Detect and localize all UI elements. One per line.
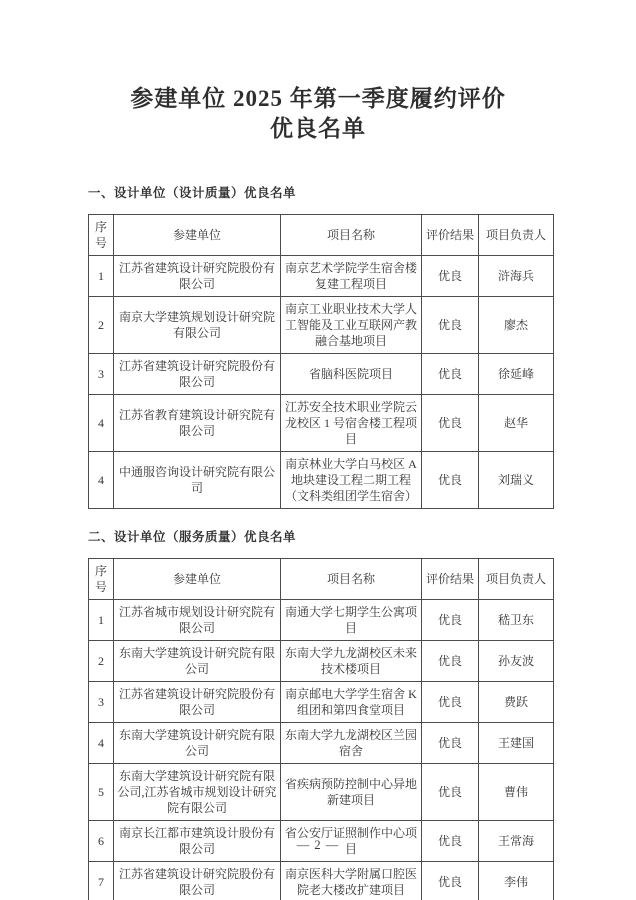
table-row: 1江苏省建筑设计研究院股份有限公司南京艺术学院学生宿舍楼复建工程项目优良浒海兵 [89, 256, 554, 297]
page-number: — 2 — [0, 838, 636, 853]
cell-index: 7 [89, 862, 114, 900]
page-title-line2: 优良名单 [83, 114, 553, 144]
cell-result: 优良 [422, 641, 479, 682]
cell-index: 3 [89, 682, 114, 723]
cell-result: 优良 [422, 600, 479, 641]
column-header: 项目名称 [281, 559, 422, 600]
cell-result: 优良 [422, 452, 479, 509]
cell-project: 东南大学九龙湖校区兰园宿舍 [281, 723, 422, 764]
cell-person: 赵华 [479, 395, 554, 452]
cell-person: 孙友波 [479, 641, 554, 682]
cell-person: 廖杰 [479, 297, 554, 354]
table-row: 7江苏省建筑设计研究院股份有限公司南京医科大学附属口腔医院老大楼改扩建项目优良李… [89, 862, 554, 900]
cell-unit: 江苏省建筑设计研究院股份有限公司 [114, 354, 281, 395]
cell-unit: 中通服咨询设计研究院有限公司 [114, 452, 281, 509]
cell-person: 李伟 [479, 862, 554, 900]
cell-project: 南通大学七期学生公寓项目 [281, 600, 422, 641]
cell-index: 1 [89, 600, 114, 641]
table-header-row: 序号参建单位项目名称评价结果项目负责人 [89, 215, 554, 256]
table-row: 4东南大学建筑设计研究院有限公司东南大学九龙湖校区兰园宿舍优良王建国 [89, 723, 554, 764]
table-row: 1江苏省城市规划设计研究院有限公司南通大学七期学生公寓项目优良嵇卫东 [89, 600, 554, 641]
cell-index: 3 [89, 354, 114, 395]
cell-unit: 东南大学建筑设计研究院有限公司 [114, 723, 281, 764]
cell-result: 优良 [422, 723, 479, 764]
column-header: 参建单位 [114, 559, 281, 600]
cell-unit: 江苏省建筑设计研究院股份有限公司 [114, 682, 281, 723]
cell-project: 南京工业职业技术大学人工智能及工业互联网产教融合基地项目 [281, 297, 422, 354]
section-heading-service-quality: 二、设计单位（服务质量）优良名单 [88, 527, 553, 545]
cell-unit: 江苏省建筑设计研究院股份有限公司 [114, 256, 281, 297]
cell-index: 1 [89, 256, 114, 297]
cell-person: 曹伟 [479, 764, 554, 821]
cell-result: 优良 [422, 297, 479, 354]
column-header: 项目负责人 [479, 215, 554, 256]
cell-person: 刘瑞义 [479, 452, 554, 509]
cell-project: 江苏安全技术职业学院云龙校区 1 号宿舍楼工程项目 [281, 395, 422, 452]
table-header-row: 序号参建单位项目名称评价结果项目负责人 [89, 559, 554, 600]
cell-index: 4 [89, 723, 114, 764]
cell-project: 南京医科大学附属口腔医院老大楼改扩建项目 [281, 862, 422, 900]
section-heading-design-quality: 一、设计单位（设计质量）优良名单 [88, 183, 553, 201]
cell-index: 2 [89, 641, 114, 682]
table-row: 3江苏省建筑设计研究院股份有限公司省脑科医院项目优良徐延峰 [89, 354, 554, 395]
cell-index: 2 [89, 297, 114, 354]
cell-result: 优良 [422, 682, 479, 723]
table-row: 2南京大学建筑规划设计研究院有限公司南京工业职业技术大学人工智能及工业互联网产教… [89, 297, 554, 354]
cell-unit: 江苏省城市规划设计研究院有限公司 [114, 600, 281, 641]
cell-person: 嵇卫东 [479, 600, 554, 641]
cell-project: 省脑科医院项目 [281, 354, 422, 395]
table-row: 2东南大学建筑设计研究院有限公司东南大学九龙湖校区未来技术楼项目优良孙友波 [89, 641, 554, 682]
column-header: 评价结果 [422, 559, 479, 600]
cell-project: 省疾病预防控制中心异地新建项目 [281, 764, 422, 821]
cell-project: 南京艺术学院学生宿舍楼复建工程项目 [281, 256, 422, 297]
column-header: 项目名称 [281, 215, 422, 256]
table-row: 4江苏省教育建筑设计研究院有限公司江苏安全技术职业学院云龙校区 1 号宿舍楼工程… [89, 395, 554, 452]
cell-person: 王建国 [479, 723, 554, 764]
page-title: 参建单位 2025 年第一季度履约评价 优良名单 [83, 84, 553, 144]
column-header: 参建单位 [114, 215, 281, 256]
cell-person: 徐延峰 [479, 354, 554, 395]
column-header: 序号 [89, 559, 114, 600]
cell-result: 优良 [422, 395, 479, 452]
column-header: 评价结果 [422, 215, 479, 256]
table-row: 4中通服咨询设计研究院有限公司南京林业大学白马校区 A 地块建设工程二期工程（文… [89, 452, 554, 509]
cell-project: 南京邮电大学学生宿舍 K 组团和第四食堂项目 [281, 682, 422, 723]
cell-project: 南京林业大学白马校区 A 地块建设工程二期工程（文科类组团学生宿舍） [281, 452, 422, 509]
table-row: 5东南大学建筑设计研究院有限公司,江苏省城市规划设计研究院有限公司省疾病预防控制… [89, 764, 554, 821]
cell-index: 4 [89, 395, 114, 452]
cell-unit: 江苏省教育建筑设计研究院有限公司 [114, 395, 281, 452]
cell-index: 4 [89, 452, 114, 509]
cell-unit: 东南大学建筑设计研究院有限公司 [114, 641, 281, 682]
cell-unit: 南京大学建筑规划设计研究院有限公司 [114, 297, 281, 354]
cell-person: 费跃 [479, 682, 554, 723]
table-row: 3江苏省建筑设计研究院股份有限公司南京邮电大学学生宿舍 K 组团和第四食堂项目优… [89, 682, 554, 723]
cell-unit: 江苏省建筑设计研究院股份有限公司 [114, 862, 281, 900]
document-page: 参建单位 2025 年第一季度履约评价 优良名单 一、设计单位（设计质量）优良名… [0, 0, 636, 900]
page-title-line1: 参建单位 2025 年第一季度履约评价 [83, 84, 553, 114]
cell-result: 优良 [422, 256, 479, 297]
cell-unit: 东南大学建筑设计研究院有限公司,江苏省城市规划设计研究院有限公司 [114, 764, 281, 821]
cell-result: 优良 [422, 862, 479, 900]
cell-person: 浒海兵 [479, 256, 554, 297]
table-design-quality: 序号参建单位项目名称评价结果项目负责人1江苏省建筑设计研究院股份有限公司南京艺术… [88, 214, 554, 509]
cell-project: 东南大学九龙湖校区未来技术楼项目 [281, 641, 422, 682]
column-header: 序号 [89, 215, 114, 256]
cell-index: 5 [89, 764, 114, 821]
column-header: 项目负责人 [479, 559, 554, 600]
cell-result: 优良 [422, 764, 479, 821]
cell-result: 优良 [422, 354, 479, 395]
